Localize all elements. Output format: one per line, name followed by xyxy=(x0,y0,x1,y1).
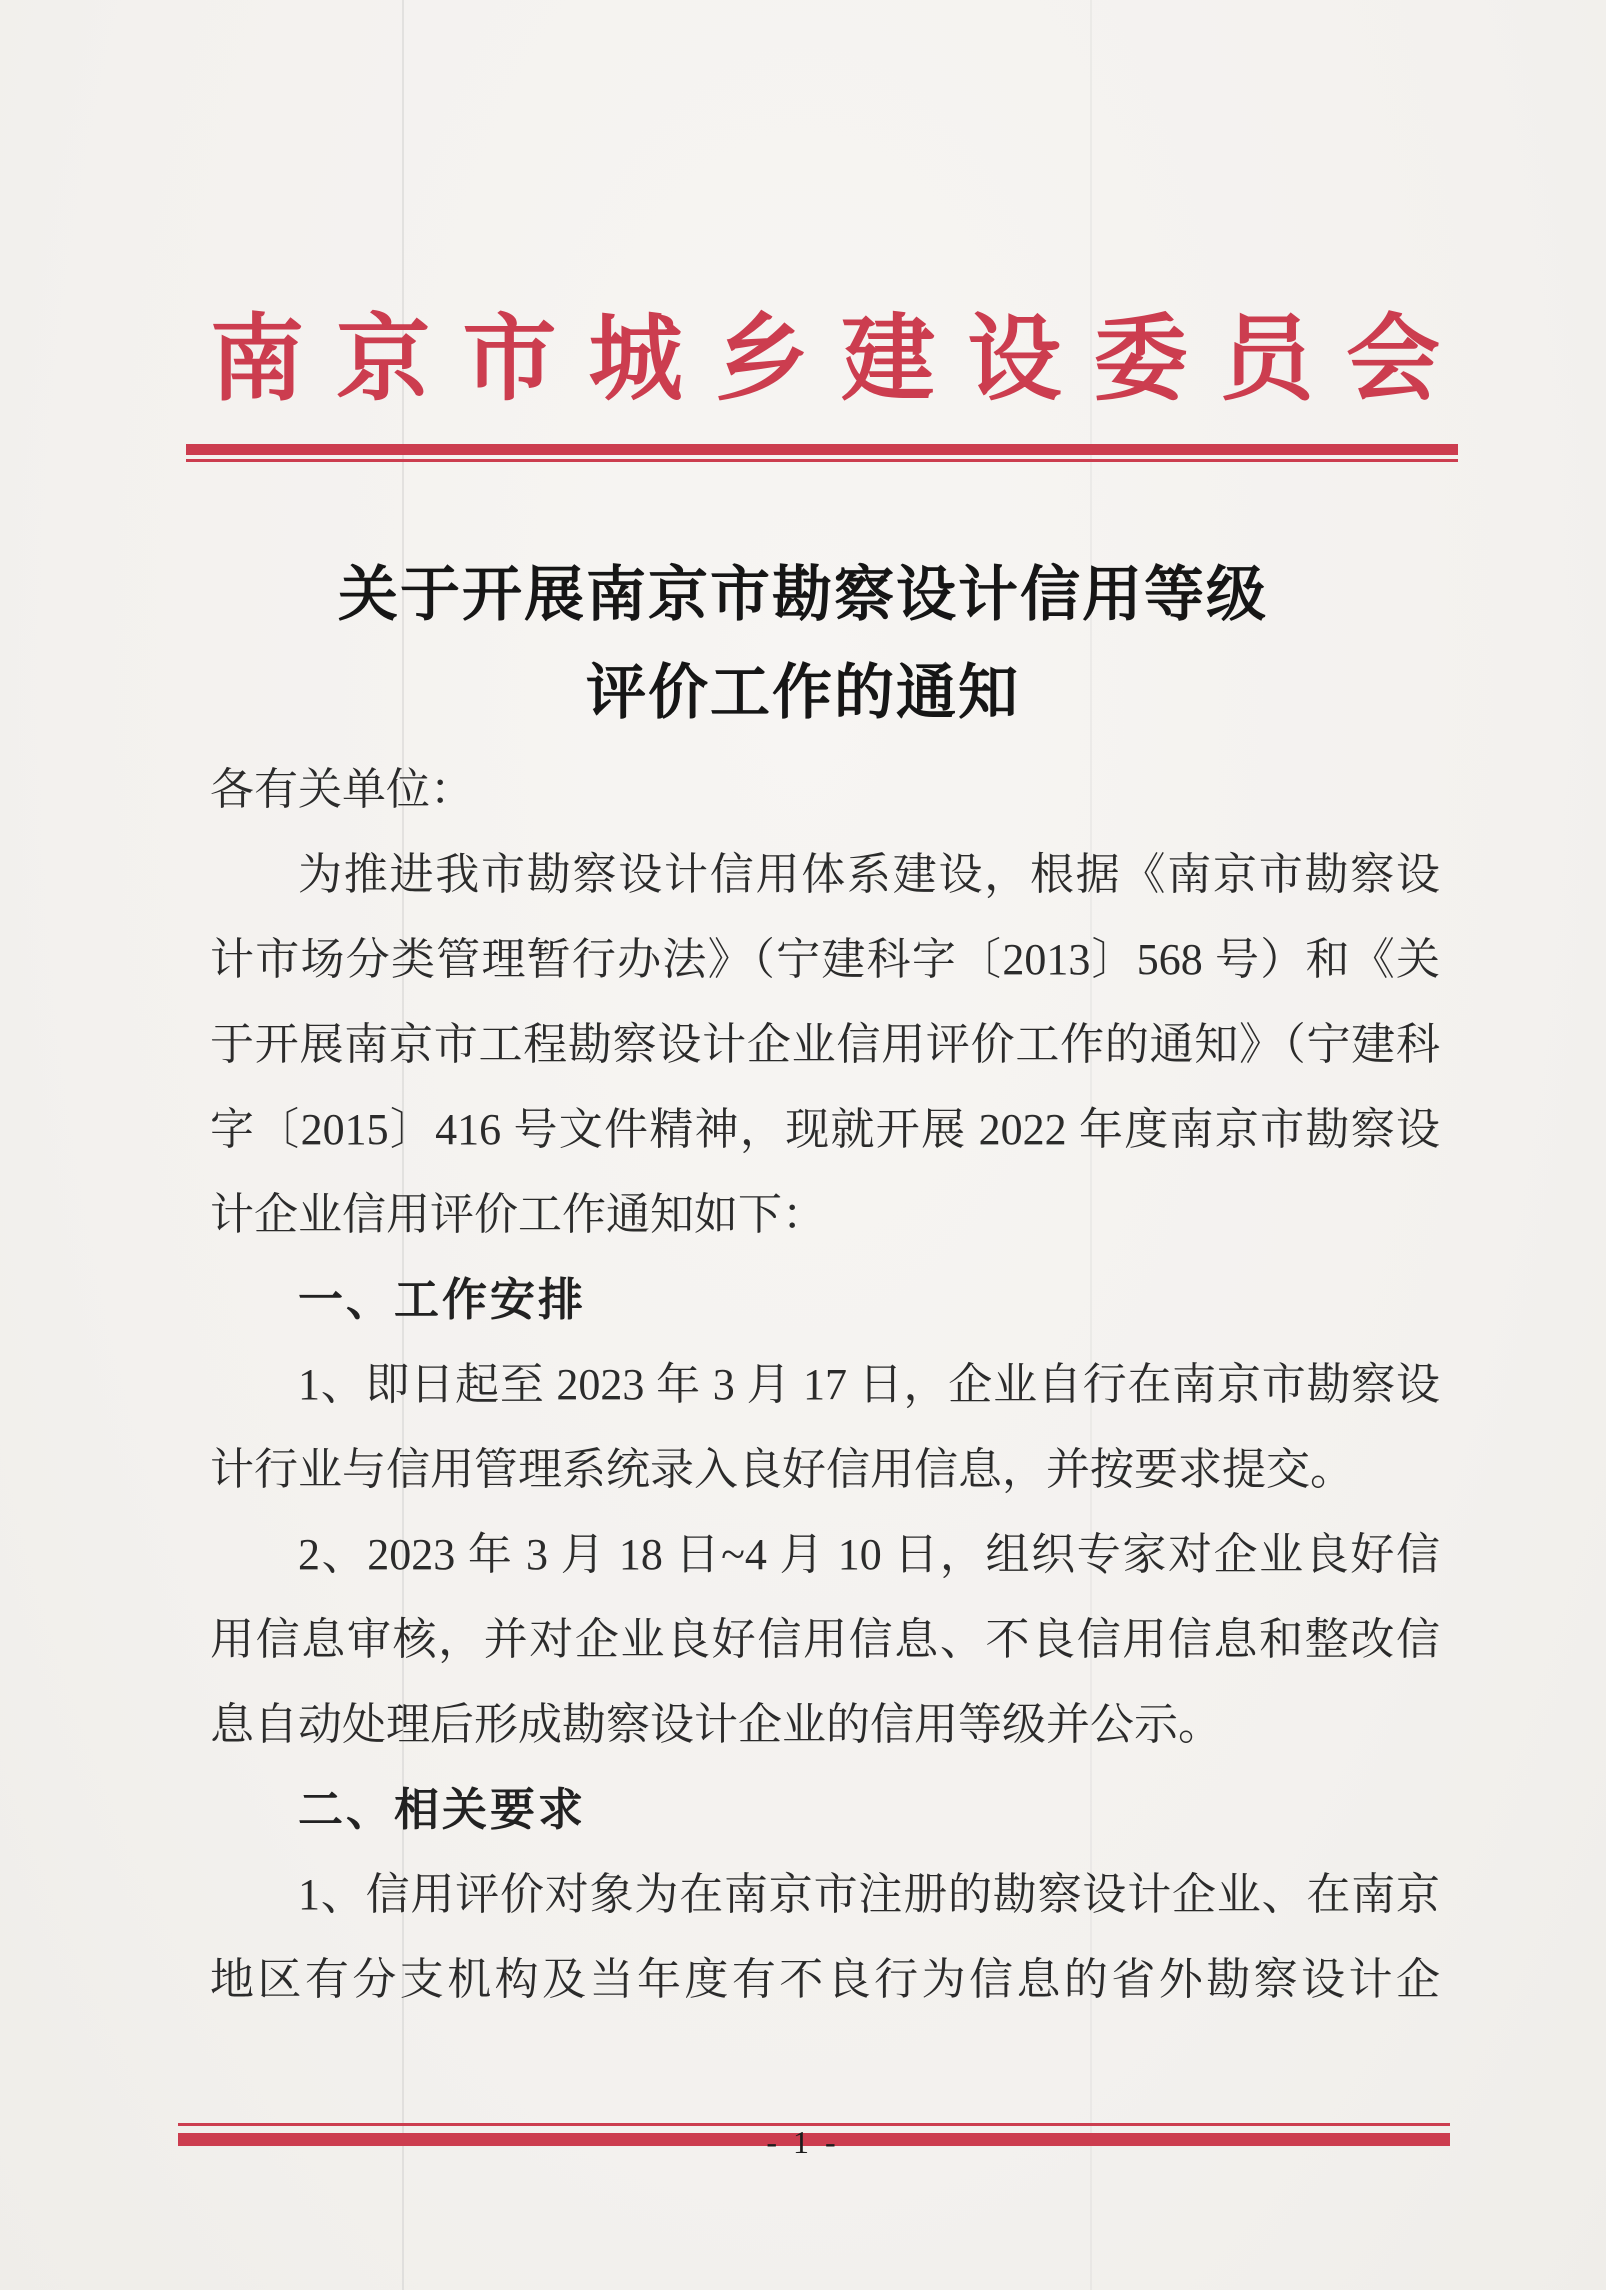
body-line: 2、2023 年 3 月 18 日~4 月 10 日，组织专家对企业良好信 xyxy=(210,1512,1440,1597)
body-line: 计行业与信用管理系统录入良好信用信息，并按要求提交。 xyxy=(210,1427,1440,1512)
document-page: 南京市城乡建设委员会 关于开展南京市勘察设计信用等级 评价工作的通知 各有关单位… xyxy=(0,0,1606,2290)
letterhead-double-rule xyxy=(186,444,1458,462)
document-title-line1: 关于开展南京市勘察设计信用等级 xyxy=(0,546,1606,644)
section-heading: 二、相关要求 xyxy=(210,1767,1440,1852)
body-line: 字〔2015〕416 号文件精神，现就开展 2022 年度南京市勘察设 xyxy=(210,1087,1440,1172)
body-line: 1、即日起至 2023 年 3 月 17 日，企业自行在南京市勘察设 xyxy=(210,1342,1440,1427)
document-body: 各有关单位： 为推进我市勘察设计信用体系建设，根据《南京市勘察设 计市场分类管理… xyxy=(210,747,1440,2022)
body-line: 息自动处理后形成勘察设计企业的信用等级并公示。 xyxy=(210,1682,1440,1767)
section-heading: 一、工作安排 xyxy=(210,1257,1440,1342)
body-line: 地区有分支机构及当年度有不良行为信息的省外勘察设计企 xyxy=(210,1937,1440,2022)
body-line: 计企业信用评价工作通知如下： xyxy=(210,1172,1440,1257)
body-line: 计市场分类管理暂行办法》（宁建科字〔2013〕568 号）和《关 xyxy=(210,917,1440,1002)
body-salutation: 各有关单位： xyxy=(210,747,1440,832)
document-title-line2: 评价工作的通知 xyxy=(0,644,1606,742)
body-line: 用信息审核，并对企业良好信用信息、不良信用信息和整改信 xyxy=(210,1597,1440,1682)
body-line: 1、信用评价对象为在南京市注册的勘察设计企业、在南京 xyxy=(210,1852,1440,1937)
letterhead-org-name: 南京市城乡建设委员会 xyxy=(210,300,1440,420)
body-line: 于开展南京市工程勘察设计企业信用评价工作的通知》（宁建科 xyxy=(210,1002,1440,1087)
body-line: 为推进我市勘察设计信用体系建设，根据《南京市勘察设 xyxy=(210,832,1440,917)
rule-thick xyxy=(186,444,1458,455)
document-title: 关于开展南京市勘察设计信用等级 评价工作的通知 xyxy=(0,546,1606,742)
page-number: - 1 - xyxy=(0,2124,1606,2161)
rule-thin xyxy=(186,459,1458,462)
